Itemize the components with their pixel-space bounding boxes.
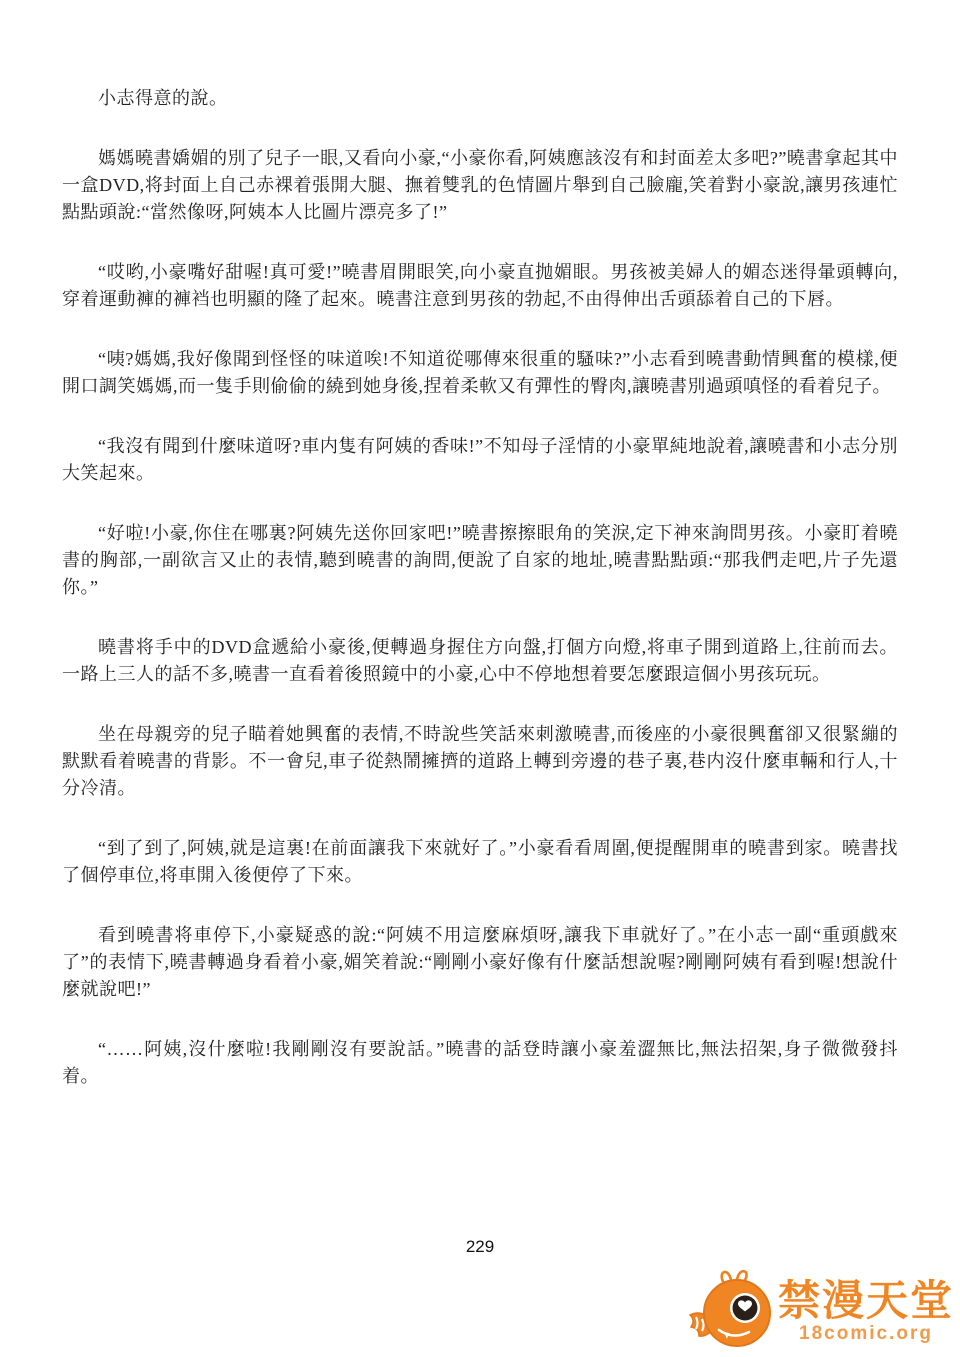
watermark-brand: 禁漫天堂 xyxy=(778,1280,954,1322)
whale-mascot-icon xyxy=(688,1268,776,1355)
paragraph: 媽媽曉書嬌媚的別了兒子一眼,又看向小豪,“小豪你看,阿姨應該沒有和封面差太多吧?… xyxy=(62,145,898,226)
page-text: 小志得意的說。 媽媽曉書嬌媚的別了兒子一眼,又看向小豪,“小豪你看,阿姨應該沒有… xyxy=(62,85,898,1123)
paragraph: “……阿姨,沒什麼啦!我剛剛沒有要說話。”曉書的話登時讓小豪羞澀無比,無法招架,… xyxy=(62,1036,898,1090)
watermark-text: 禁漫天堂 18comic.org xyxy=(778,1280,954,1343)
paragraph: “我沒有聞到什麼味道呀?車内隻有阿姨的香味!”不知母子淫情的小豪單純地說着,讓曉… xyxy=(62,433,898,487)
watermark-url: 18comic.org xyxy=(799,1324,933,1343)
paragraph: 小志得意的說。 xyxy=(62,85,898,112)
paragraph: 看到曉書将車停下,小豪疑惑的說:“阿姨不用這麼麻煩呀,讓我下車就好了。”在小志一… xyxy=(62,922,898,1003)
paragraph: “哎哟,小豪嘴好甜喔!真可愛!”曉書眉開眼笑,向小豪直抛媚眼。男孩被美婦人的媚态… xyxy=(62,259,898,313)
paragraph: 曉書将手中的DVD盒遞給小豪後,便轉過身握住方向盤,打個方向燈,将車子開到道路上… xyxy=(62,634,898,688)
paragraph: “到了到了,阿姨,就是這裏!在前面讓我下來就好了。”小豪看看周圍,便提醒開車的曉… xyxy=(62,835,898,889)
paragraph: “好啦!小豪,你住在哪裏?阿姨先送你回家吧!”曉書擦擦眼角的笑淚,定下神來詢問男… xyxy=(62,520,898,601)
paragraph: “咦?媽媽,我好像聞到怪怪的味道唉!不知道從哪傳來很重的騷味?”小志看到曉書動情… xyxy=(62,346,898,400)
paragraph: 坐在母親旁的兒子瞄着她興奮的表情,不時說些笑話來刺激曉書,而後座的小豪很興奮卻又… xyxy=(62,721,898,802)
site-watermark: 禁漫天堂 18comic.org xyxy=(688,1268,954,1355)
page-number: 229 xyxy=(0,1237,960,1257)
